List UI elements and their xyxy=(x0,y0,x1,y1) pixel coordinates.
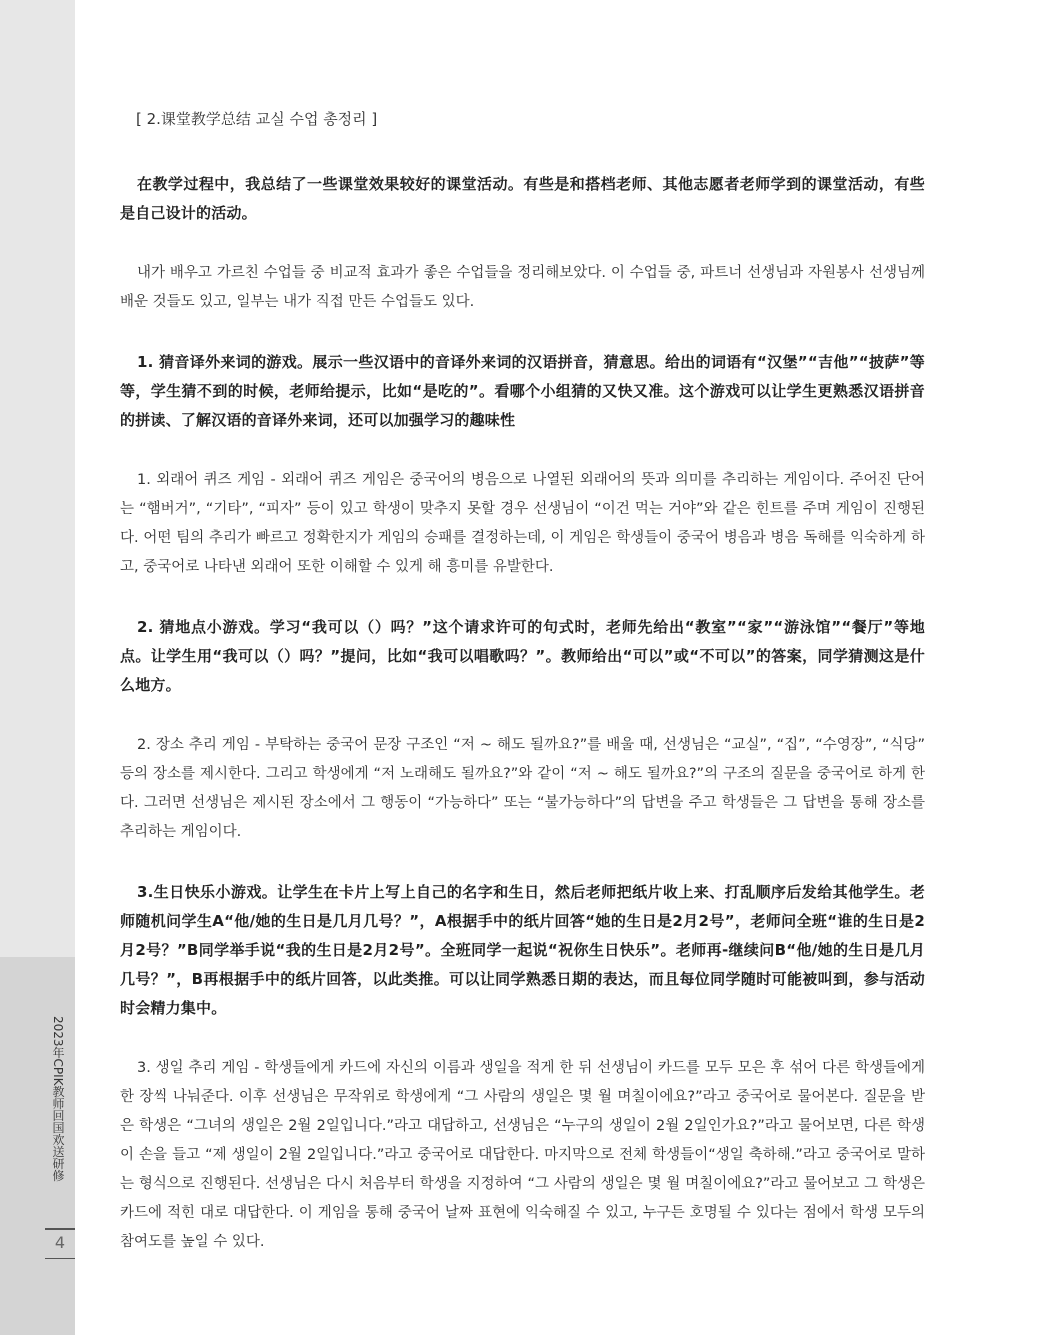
paragraph-activity-3-ko: 3. 생일 추리 게임 - 학생들에게 카드에 자신의 이름과 생일을 적게 한… xyxy=(120,1054,925,1257)
section-heading: [ 2.课堂教学总结 교실 수업 총정리 ] xyxy=(136,106,925,132)
paragraph-activity-2-zh: 2. 猜地点小游戏。学习“我可以（）吗？”这个请求许可的句式时，老师先给出“教室… xyxy=(120,613,925,700)
paragraph-activity-3-zh: 3.生日快乐小游戏。让学生在卡片上写上自己的名字和生日，然后老师把纸片收上来、打… xyxy=(120,878,925,1023)
paragraph-activity-1-ko: 1. 외래어 퀴즈 게임 - 외래어 퀴즈 게임은 중국어의 병음으로 나열된 … xyxy=(120,466,925,582)
page-number-rule-bottom xyxy=(45,1258,75,1259)
paragraph-activity-2-ko: 2. 장소 추리 게임 - 부탁하는 중국어 문장 구조인 “저 ~ 해도 될까… xyxy=(120,731,925,847)
running-title: 2023年CPIK教师回国欢送研修 xyxy=(51,1016,65,1182)
paragraph-intro-zh: 在教学过程中，我总结了一些课堂效果较好的课堂活动。有些是和搭档老师、其他志愿者老… xyxy=(120,170,925,228)
paragraph-intro-ko: 내가 배우고 가르친 수업들 중 비교적 효과가 좋은 수업들을 정리해보았다.… xyxy=(120,259,925,317)
document-body: [ 2.课堂教学总结 교실 수업 총정리 ] 在教学过程中，我总结了一些课堂效果… xyxy=(120,106,925,1288)
paragraph-activity-1-zh: 1. 猜音译外来词的游戏。展示一些汉语中的音译外来词的汉语拼音，猜意思。给出的词… xyxy=(120,348,925,435)
page-number: 4 xyxy=(45,1233,75,1253)
page-number-rule-top xyxy=(45,1228,75,1230)
